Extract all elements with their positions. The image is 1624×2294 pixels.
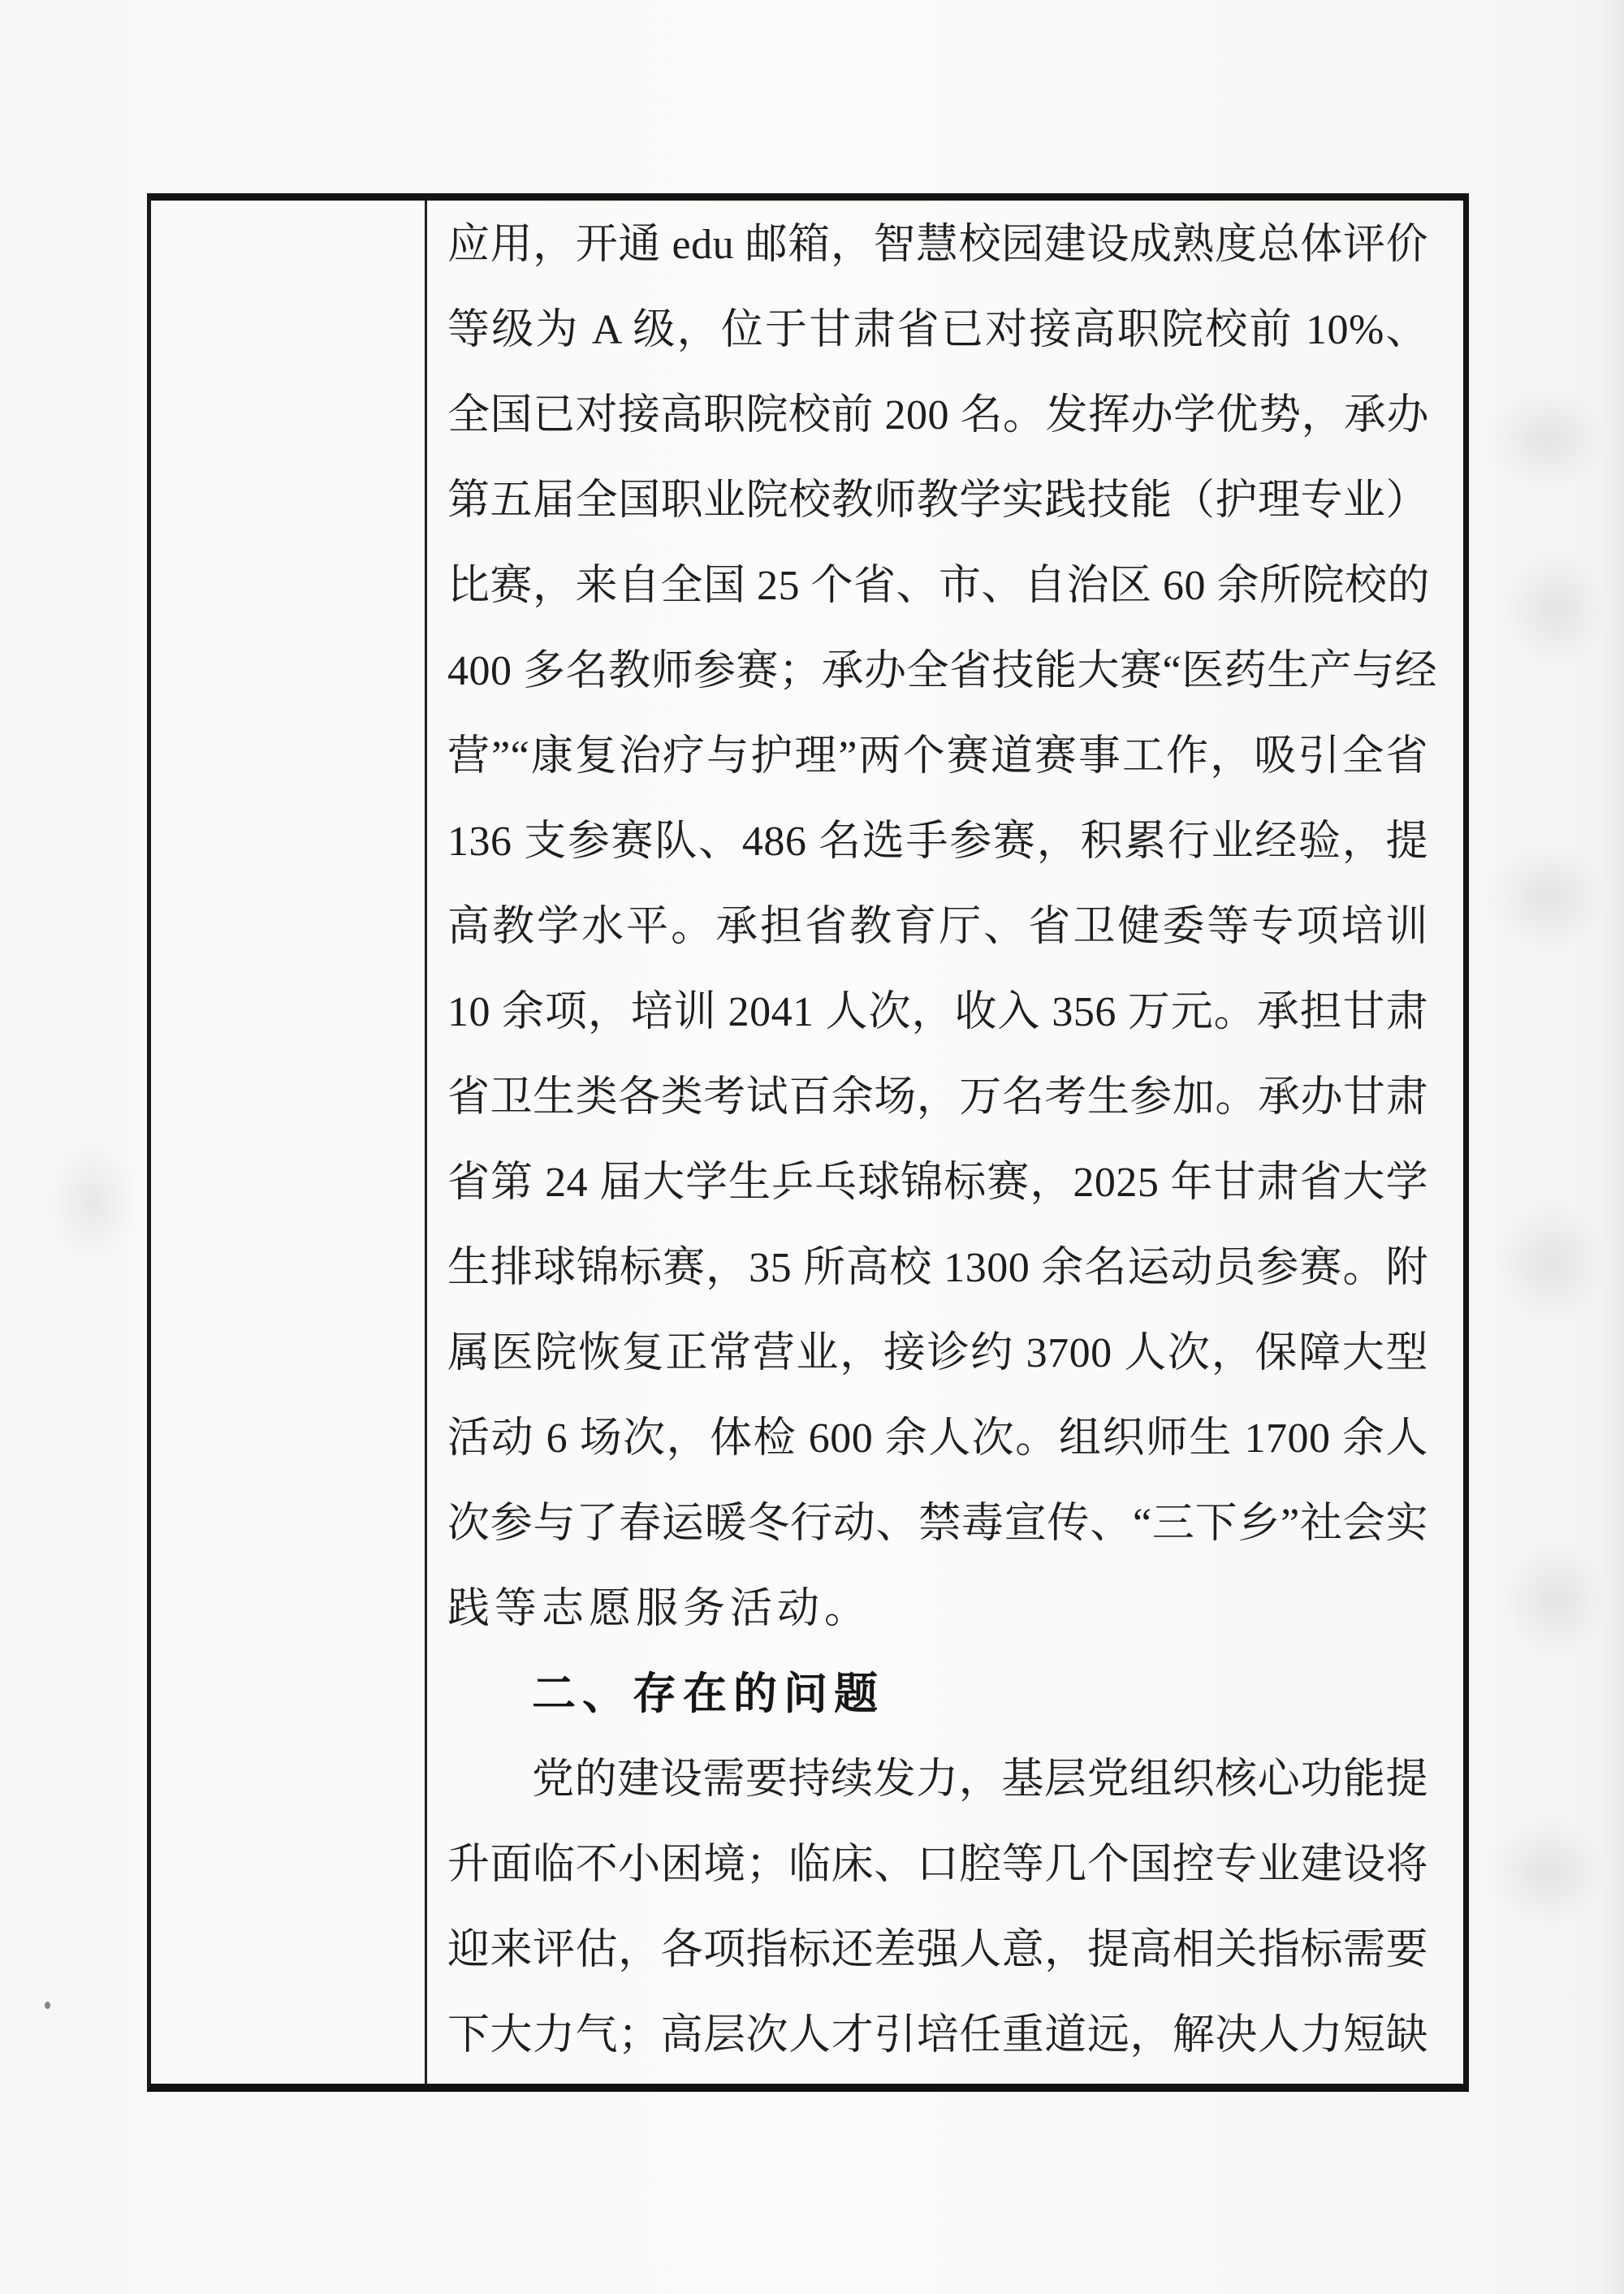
text-line: 等级为 A 级，位于甘肃省已对接高职院校前 10%、: [447, 287, 1428, 373]
text-line: 次参与了春运暖冬行动、禁毒宣传、“三下乡”社会实: [447, 1481, 1428, 1566]
report-table: 应用，开通 edu 邮箱，智慧校园建设成熟度总体评价 等级为 A 级，位于甘肃省…: [147, 193, 1469, 2092]
scan-smudge: [1502, 1543, 1608, 1657]
scan-smudge: [1486, 845, 1608, 950]
text-line: 136 支参赛队、486 名选手参赛，积累行业经验，提: [447, 799, 1428, 884]
text-line: 下大力气；高层次人才引培任重道远，解决人力短缺: [447, 1993, 1428, 2078]
scan-smudge: [1486, 1819, 1608, 1925]
text-line: 升面临不小困境；临床、口腔等几个国控专业建设将: [447, 1822, 1428, 1907]
scanned-document-page: { "page": { "paper_color": "#fafaf8", "i…: [0, 0, 1624, 2294]
table-left-column-empty: [151, 201, 427, 2084]
text-line: 活动 6 场次，体检 600 余人次。组织师生 1700 余人: [447, 1396, 1428, 1481]
text-line: 应用，开通 edu 邮箱，智慧校园建设成熟度总体评价: [447, 202, 1428, 287]
text-line: 全国已对接高职院校前 200 名。发挥办学优势，承办: [447, 373, 1428, 458]
text-line: 省第 24 届大学生乒乓球锦标赛，2025 年甘肃省大学: [447, 1140, 1428, 1225]
scan-smudge: [49, 1137, 138, 1267]
scan-speck: [45, 2002, 50, 2009]
text-line: 省卫生类各类考试百余场，万名考生参加。承办甘肃: [447, 1055, 1428, 1140]
text-line: 比赛，来自全国 25 个省、市、自治区 60 余所院校的: [447, 543, 1428, 629]
text-line: 属医院恢复正常营业，接诊约 3700 人次，保障大型: [447, 1311, 1428, 1396]
scan-edge-shade: [1601, 0, 1624, 2294]
text-line: 生排球锦标赛，35 所高校 1300 余名运动员参赛。附: [447, 1225, 1428, 1311]
text-line: 高教学水平。承担省教育厅、省卫健委等专项培训: [447, 884, 1428, 970]
text-line: 践等志愿服务活动。: [447, 1566, 1428, 1652]
scan-smudge: [1486, 390, 1608, 487]
paper-background: 应用，开通 edu 邮箱，智慧校园建设成熟度总体评价 等级为 A 级，位于甘肃省…: [0, 0, 1624, 2294]
table-body-cell: 应用，开通 edu 邮箱，智慧校园建设成熟度总体评价 等级为 A 级，位于甘肃省…: [427, 201, 1463, 2084]
text-line: 400 多名教师参赛；承办全省技能大赛“医药生产与经: [447, 629, 1428, 714]
scan-smudge: [1502, 552, 1608, 666]
text-line: 营”“康复治疗与护理”两个赛道赛事工作，吸引全省: [447, 714, 1428, 799]
scan-smudge: [1494, 1202, 1608, 1324]
text-line: 迎来评估，各项指标还差强人意，提高相关指标需要: [447, 1907, 1428, 1993]
section-heading: 二、存在的问题: [447, 1652, 1428, 1737]
text-line: 第五届全国职业院校教师教学实践技能（护理专业）: [447, 458, 1428, 543]
text-line: 10 余项，培训 2041 人次，收入 356 万元。承担甘肃: [447, 970, 1428, 1055]
paragraph-start-line: 党的建设需要持续发力，基层党组织核心功能提: [447, 1737, 1428, 1822]
